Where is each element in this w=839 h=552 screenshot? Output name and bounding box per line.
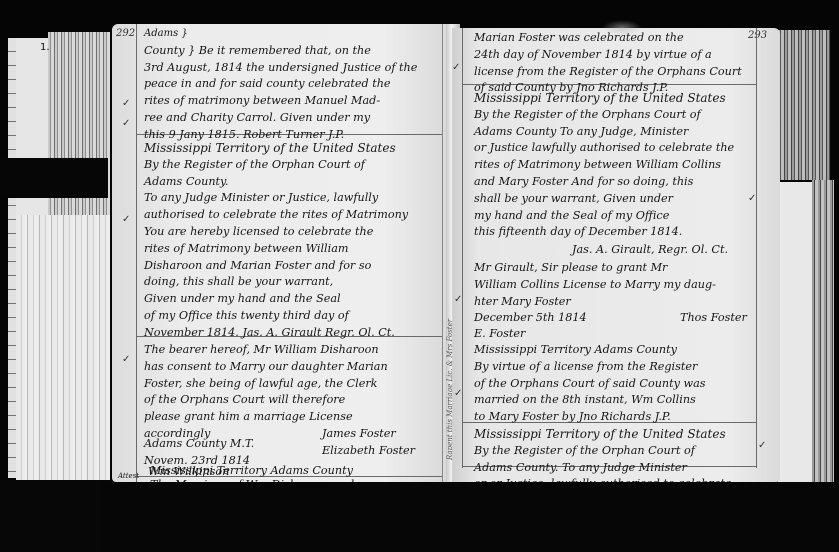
entry-line: hter Mary Foster xyxy=(474,294,571,311)
page-stack-right xyxy=(778,30,830,180)
entry-line: To any Judge Minister or Justice, lawful… xyxy=(144,190,378,207)
entry-line: my hand and the Seal of my Office xyxy=(474,208,669,225)
register-entry: Marian Foster was celebrated on the 24th… xyxy=(474,30,742,97)
entry-line: Given under my hand and the Seal xyxy=(144,291,341,308)
entry-line: Mississippi Territory Adams County xyxy=(150,463,440,477)
entry-heading: Mississippi Territory of the United Stat… xyxy=(474,426,726,443)
check-mark-icon: ✓ xyxy=(748,193,756,204)
entry-line: By virtue of a license from the Register xyxy=(474,359,697,376)
signature-block: James Foster Elizabeth Foster xyxy=(322,426,415,460)
entry-line: Mississippi Territory Adams County xyxy=(474,342,677,359)
check-mark-icon: ✓ xyxy=(452,62,460,73)
entry-line: You are hereby licensed to celebrate the xyxy=(144,224,373,241)
check-mark-icon: ✓ xyxy=(122,214,130,225)
left-page: 292 Adams } County } Be it remembered th… xyxy=(112,24,452,482)
register-entry: Mississippi Territory of the United Stat… xyxy=(144,140,408,342)
page-stack-left-lower xyxy=(16,215,110,480)
entry-line: to Mary Foster by Jno Richards J.P. xyxy=(474,409,671,426)
register-entry: Mississippi Territory of the United Stat… xyxy=(474,90,734,241)
signature: E. Foster xyxy=(474,326,525,343)
check-mark-icon: ✓ xyxy=(758,440,766,451)
entry-line: rites of Matrimony between William xyxy=(144,241,349,258)
entry-line: Foster, she being of lawful age, the Cle… xyxy=(144,376,377,393)
entry-line: Adams County. xyxy=(144,174,228,191)
entry-line: William Collins License to Marry my daug… xyxy=(474,277,716,294)
edge-tab-label: 1. xyxy=(40,42,50,53)
entry-heading: Mississippi Territory of the United Stat… xyxy=(144,140,396,157)
entry-line: 3rd August, 1814 the undersigned Justice… xyxy=(144,60,417,77)
entry-line: Adams County To any Judge, Minister xyxy=(474,124,688,141)
shadow-bottom xyxy=(100,482,839,552)
entry-line: Marian Foster was celebrated on the xyxy=(474,30,684,47)
margin-rule-right xyxy=(756,28,757,468)
entry-line: doing, this shall be your warrant, xyxy=(144,274,333,291)
entry-place: Adams County M.T. xyxy=(144,436,254,453)
page-number: 292 xyxy=(116,28,135,39)
signature: Thos Foster xyxy=(680,310,747,327)
check-mark-icon: ✓ xyxy=(454,388,462,399)
entry-line: The bearer hereof, Mr William Disharoon xyxy=(144,342,379,359)
entry-line: Adams County. To any Judge Minister xyxy=(474,460,687,477)
entry-line: By the Register of the Orphans Court of xyxy=(474,107,701,124)
entry-line: Disharoon and Marian Foster and for so xyxy=(144,258,371,275)
entry-line: this fifteenth day of December 1814. xyxy=(474,224,682,241)
entry-line: Adams } xyxy=(144,26,188,43)
check-mark-icon: ✓ xyxy=(454,294,462,305)
register-entry: Adams } County } Be it remembered that, … xyxy=(144,26,417,144)
entry-line: authorised to celebrate the rites of Mat… xyxy=(144,207,408,224)
entry-line: of the Orphans Court will therefore xyxy=(144,392,345,409)
register-entry: Mr Girault, Sir please to grant Mr Willi… xyxy=(474,260,716,310)
signature: Elizabeth Foster xyxy=(322,443,415,460)
entry-line: rites of Matrimony between William Colli… xyxy=(474,157,721,174)
entry-line: ree and Charity Carrol. Given under my xyxy=(144,110,370,127)
entry-heading: Mississippi Territory of the United Stat… xyxy=(474,90,726,107)
check-mark-icon: ✓ xyxy=(122,354,130,365)
entry-line: shall be your warrant, Given under xyxy=(474,191,673,208)
measuring-ruler xyxy=(8,38,16,478)
entry-line: rites of matrimony between Manuel Mad- xyxy=(144,93,380,110)
entry-line: Mr Girault, Sir please to grant Mr xyxy=(474,260,667,277)
margin-rule xyxy=(462,28,463,468)
entry-line: By the Register of the Orphan Court of xyxy=(474,443,695,460)
consent-date: December 5th 1814 xyxy=(474,310,587,327)
entry-line: By the Register of the Orphan Court of xyxy=(144,157,365,174)
signature: James Foster xyxy=(322,426,396,443)
page-number: 293 xyxy=(748,30,767,41)
entry-line: and Mary Foster And for so doing, this xyxy=(474,174,693,191)
entry-line: married on the 8th instant, Wm Collins xyxy=(474,392,696,409)
entry-line: November 1814. Jas. A. Girault Regr. Ol.… xyxy=(144,325,395,342)
shadow-band xyxy=(0,158,108,198)
entry-line: 24th day of November 1814 by virtue of a xyxy=(474,47,712,64)
entry-line: of the Orphans Court of said County was xyxy=(474,376,705,393)
check-mark-icon: ✓ xyxy=(122,118,130,129)
entry-line: County } Be it remembered that, on the xyxy=(144,43,371,60)
registrar-signature: Jas. A. Girault, Regr. Ol. Ct. xyxy=(572,242,728,259)
check-mark-icon: ✓ xyxy=(122,98,130,109)
margin-rule-right xyxy=(442,24,443,482)
register-entry: Mississippi Territory Adams County By vi… xyxy=(474,342,705,426)
page-stack-right-lower xyxy=(812,180,834,500)
paper-slip xyxy=(778,182,816,482)
margin-rule xyxy=(136,24,137,482)
entry-line: please grant him a marriage License xyxy=(144,409,353,426)
entry-line: of my Office this twenty third day of xyxy=(144,308,349,325)
entry-line: has consent to Marry our daughter Marian xyxy=(144,359,388,376)
entry-line: or Justice lawfully authorised to celebr… xyxy=(474,140,734,157)
entry-line: license from the Register of the Orphans… xyxy=(474,64,742,81)
right-page: 293 Marian Foster was celebrated on the … xyxy=(452,28,780,482)
entry-line: peace in and for said county celebrated … xyxy=(144,76,391,93)
